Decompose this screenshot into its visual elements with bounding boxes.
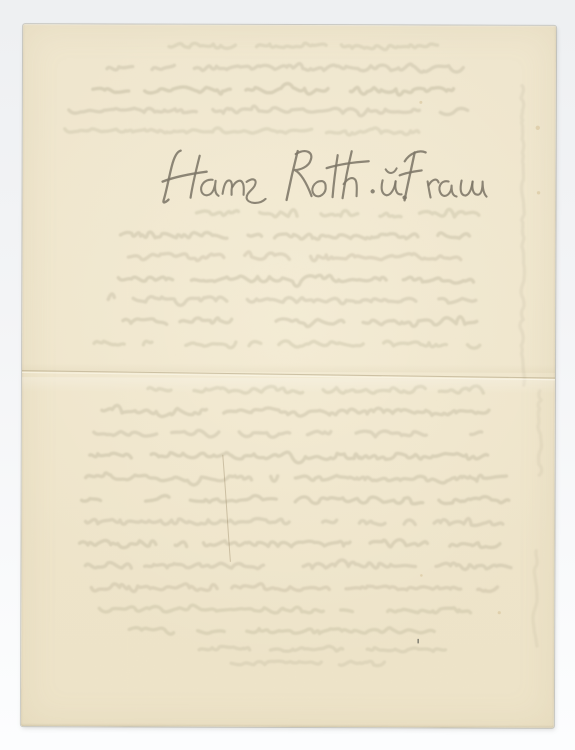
letter-page bbox=[21, 24, 556, 728]
letter-page-artwork bbox=[21, 24, 556, 728]
foxing-spot bbox=[498, 611, 501, 614]
foxing-spot bbox=[419, 101, 422, 104]
scan-background: Hans Roth u. Frau bbox=[0, 0, 575, 750]
handwritten-inscription-text: Hans Roth u. Frau bbox=[0, 0, 1, 1]
foxing-spot bbox=[537, 191, 540, 194]
foxing-spot bbox=[420, 574, 423, 577]
foxing-spot bbox=[536, 126, 540, 130]
fold-glow bbox=[22, 377, 555, 394]
